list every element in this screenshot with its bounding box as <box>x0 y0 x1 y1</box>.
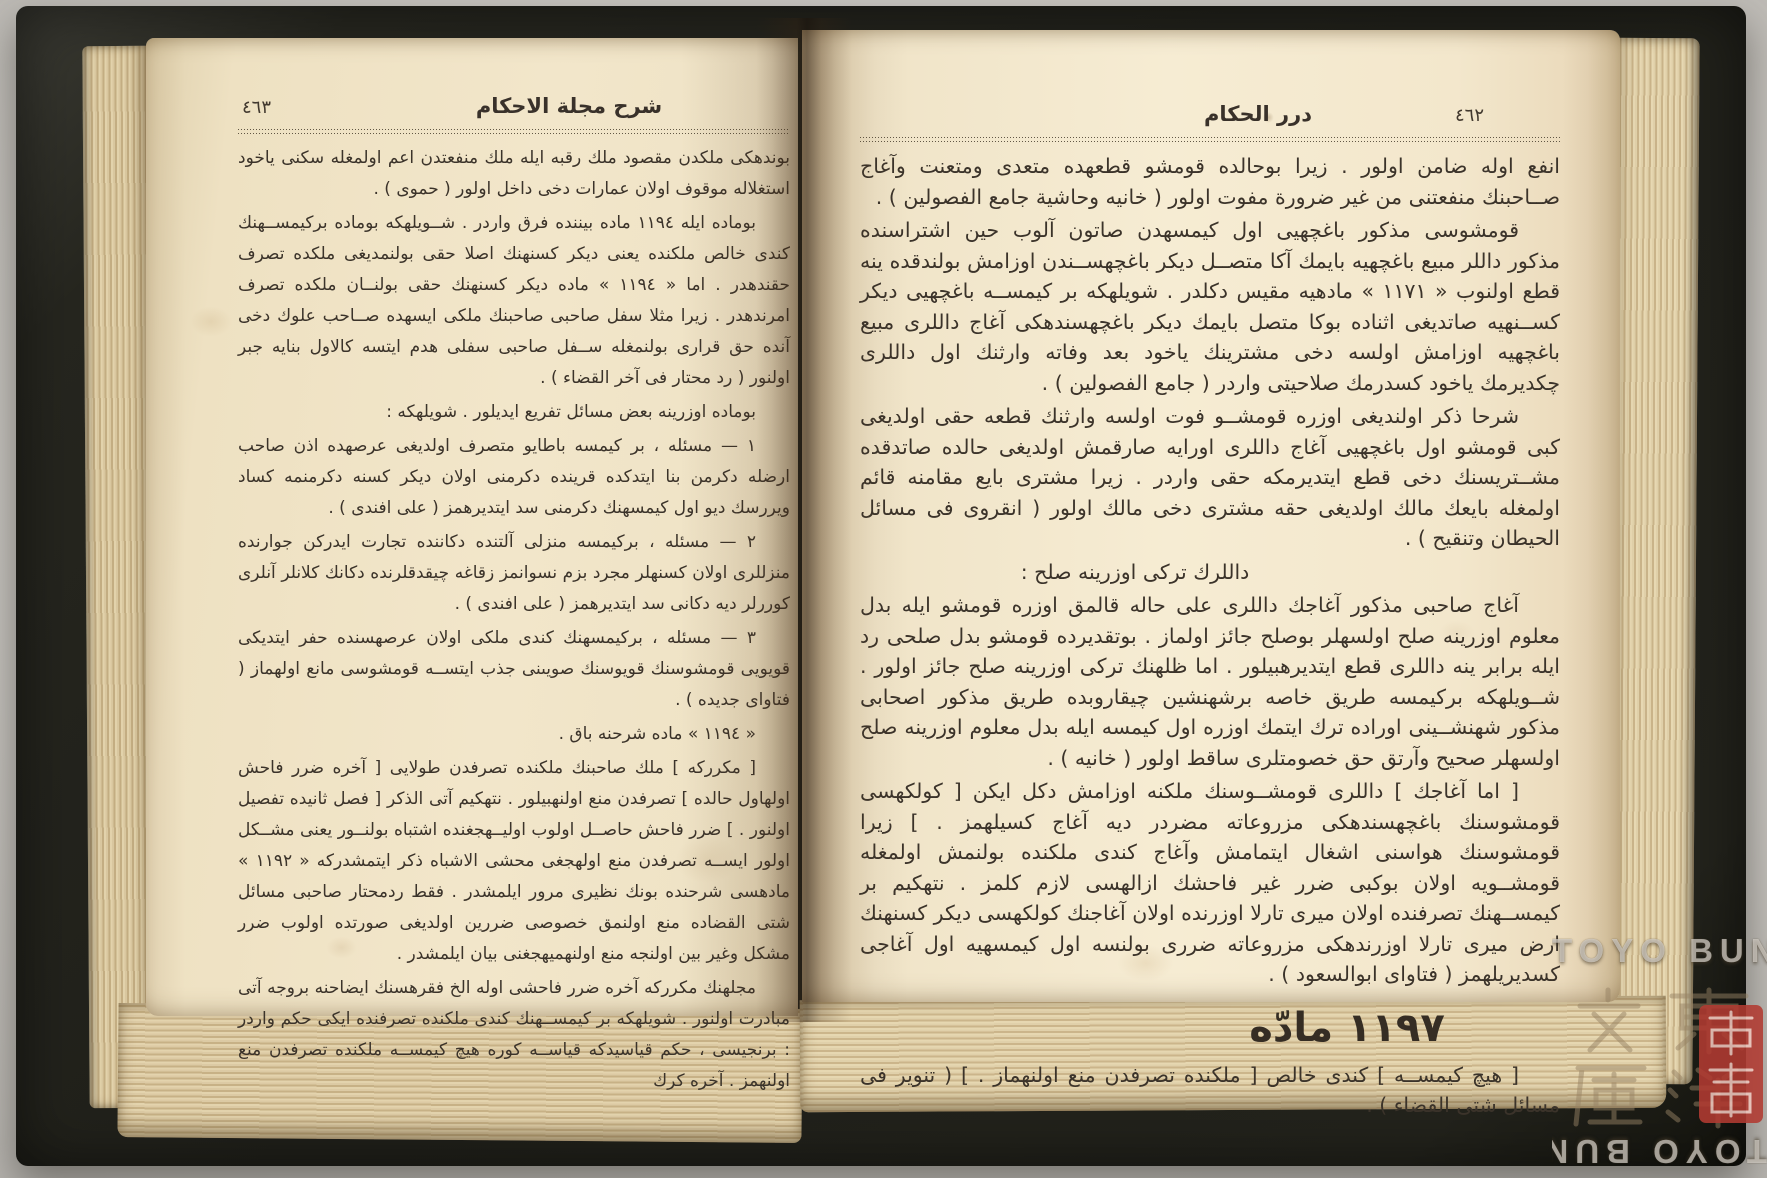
right-page-body: انفع اوله ضامن اولور . زيرا بوحالده قومش… <box>860 151 1560 1121</box>
right-page-number: ٤٦٢ <box>1455 105 1484 126</box>
left-page-text-column: ٤٦٣ شرح مجلة الاحكام بوندهكى ملكدن مقصود… <box>238 38 790 1100</box>
right-page-header: ٤٦٢ درر الحكام <box>860 102 1560 134</box>
header-rule-right <box>860 137 1560 142</box>
right-page: ٤٦٢ درر الحكام انفع اوله ضامن اولور . زي… <box>802 30 1620 1002</box>
paragraph: ١ — مسئله ، بر كيمسه باطايو متصرف اولديغ… <box>238 431 790 524</box>
paragraph: ٣ — مسئله ، بركيمسهنك كندى ملكى اولان عر… <box>238 623 790 716</box>
paragraph: [ هيچ كيمســه ] كندى خالص [ ملكنده تصرفد… <box>860 1060 1560 1121</box>
paragraph: [ مكرركه ] ملك صاحبنك ملكنده تصرفدن طولا… <box>238 753 790 970</box>
article-heading: ١١٩٧ مادّه <box>997 1002 1697 1054</box>
paragraph: بوماده اوزرينه بعض مسائل تفريع ايديلور .… <box>238 397 790 428</box>
left-page-number: ٤٦٣ <box>242 97 271 118</box>
page-edge-stack-left <box>82 46 153 1108</box>
left-page-header: ٤٦٣ شرح مجلة الاحكام <box>238 94 790 126</box>
left-page: ٤٦٣ شرح مجلة الاحكام بوندهكى ملكدن مقصود… <box>146 38 798 1016</box>
header-rule-left <box>238 129 790 134</box>
right-page-title: درر الحكام <box>1204 102 1312 126</box>
book-photo: ٤٦٣ شرح مجلة الاحكام بوندهكى ملكدن مقصود… <box>0 0 1767 1178</box>
paragraph: قومشوسى مذكور باغچهيى اول كيمسهدن صاتون … <box>860 215 1560 398</box>
paragraph: [ اما آغاجك ] داللرى قومشــوسنك ملكنه او… <box>860 776 1560 990</box>
paragraph: آغاج صاحبى مذكور آغاجك داللرى على حاله ق… <box>860 590 1560 773</box>
left-page-title: شرح مجلة الاحكام <box>476 94 662 118</box>
paragraph: بوماده ايله ١١٩٤ ماده بيننده فرق واردر .… <box>238 208 790 394</box>
paragraph: بوندهكى ملكدن مقصود ملك رقبه ايله ملك من… <box>238 143 790 205</box>
paragraph: ٢ — مسئله ، بركيمسه منزلى آلتنده دكاننده… <box>238 527 790 620</box>
left-page-body: بوندهكى ملكدن مقصود ملك رقبه ايله ملك من… <box>238 143 790 1097</box>
paragraph: شرحا ذكر اولنديغى اوزره قومشــو فوت اولس… <box>860 401 1560 554</box>
right-page-text-column: ٤٦٢ درر الحكام انفع اوله ضامن اولور . زي… <box>860 30 1560 1124</box>
paragraph: مجلهنك مكرركه آخره ضرر فاحشى اوله الخ فق… <box>238 973 790 1097</box>
paragraph: انفع اوله ضامن اولور . زيرا بوحالده قومش… <box>860 151 1560 212</box>
paragraph: « ١١٩٤ » ماده شرحنه باق . <box>238 719 790 750</box>
section-subheading: داللرك تركى اوزرينه صلح : <box>785 557 1485 588</box>
